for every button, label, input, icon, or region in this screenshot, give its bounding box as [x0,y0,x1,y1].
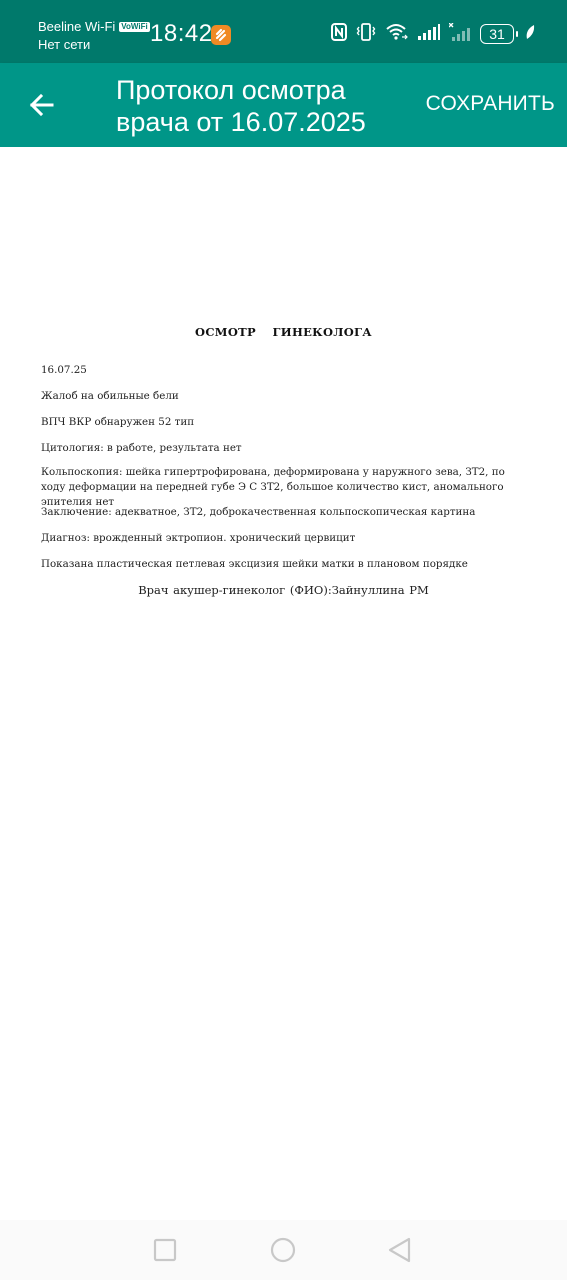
document-heading: ОСМОТР ГИНЕКОЛОГА [0,325,567,339]
document-date: 16.07.25 [41,363,531,378]
document-view: ОСМОТР ГИНЕКОЛОГА 16.07.25 Жалоб на обил… [0,147,567,1220]
circle-icon [269,1236,297,1264]
vibrate-icon [356,23,376,46]
save-button[interactable]: СОХРАНИТЬ [426,92,555,116]
nfc-icon [331,23,347,46]
app-bar: Протокол осмотра врача от 16.07.2025 СОХ… [0,63,567,147]
recents-button[interactable] [151,1236,179,1264]
system-nav-bar [0,1220,567,1280]
signal-icon [418,24,440,45]
document-paragraph: Кольпоскопия: шейка гипертрофирована, де… [41,465,531,510]
document-paragraph: Показана пластическая петлевая эксцизия … [41,557,531,572]
back-button[interactable] [26,89,58,121]
clock: 18:42 [150,20,213,48]
document-paragraph: ВПЧ ВКР обнаружен 52 тип [41,415,531,430]
triangle-back-icon [386,1236,414,1264]
vowifi-badge: VoWiFi [119,22,149,32]
app-notification-icon [211,25,231,45]
document-signature: Врач акушер-гинеколог (ФИО):Зайнуллина Р… [0,583,567,597]
arrow-left-icon [26,89,58,121]
status-bar: Beeline Wi-Fi VoWiFi Нет сети 18:42 31 [0,0,567,63]
carrier-name: Beeline Wi-Fi [38,18,115,36]
square-icon [151,1236,179,1264]
wifi-icon [385,23,409,46]
battery-icon: 31 [480,24,514,44]
nav-back-button[interactable] [386,1236,414,1264]
document-paragraph: Заключение: адекватное, ЗТ2, доброкачест… [41,505,531,520]
leaf-icon [525,24,535,45]
no-signal-icon [449,23,471,46]
document-paragraph: Жалоб на обильные бели [41,389,531,404]
document-paragraph: Диагноз: врожденный эктропион. хроническ… [41,531,531,546]
home-button[interactable] [269,1236,297,1264]
page-title: Протокол осмотра врача от 16.07.2025 [116,74,406,138]
status-icons: 31 [331,22,535,46]
document-paragraph: Цитология: в работе, результата нет [41,441,531,456]
carrier-info: Beeline Wi-Fi VoWiFi Нет сети [38,18,150,54]
network-status: Нет сети [38,36,150,54]
